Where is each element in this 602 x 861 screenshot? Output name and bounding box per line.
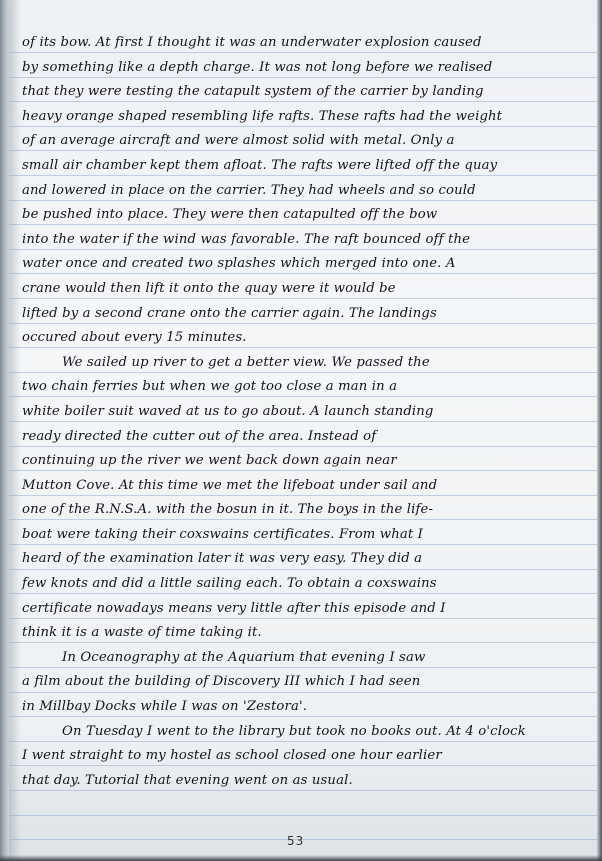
text-line: I went straight to my hostel as school c… [22,744,592,769]
text-line: On Tuesday I went to the library but too… [22,720,592,745]
text-line: We sailed up river to get a better view.… [22,351,592,376]
text-line: boat were taking their coxswains certifi… [22,523,592,548]
text-line: and lowered in place on the carrier. The… [22,179,592,204]
text-line: two chain ferries but when we got too cl… [22,375,592,400]
text-line: ready directed the cutter out of the are… [22,425,592,450]
notebook-binding [0,0,9,861]
text-line: of its bow. At first I thought it was an… [22,31,592,56]
binding-shadow [9,0,21,861]
text-line: think it is a waste of time taking it. [22,621,592,646]
text-line: a film about the building of Discovery I… [22,670,592,695]
page-right-edge [597,0,602,861]
ruled-line [9,815,597,816]
text-line: occured about every 15 minutes. [22,326,592,351]
text-line: Mutton Cove. At this time we met the lif… [22,474,592,499]
text-line: small air chamber kept them afloat. The … [22,154,592,179]
text-line: heavy orange shaped resembling life raft… [22,105,592,130]
text-line: few knots and did a little sailing each.… [22,572,592,597]
text-line: In Oceanography at the Aquarium that eve… [22,646,592,671]
text-line: of an average aircraft and were almost s… [22,129,592,154]
text-line: one of the R.N.S.A. with the bosun in it… [22,498,592,523]
text-line: in Millbay Docks while I was on 'Zestora… [22,695,592,720]
handwritten-text: of its bow. At first I thought it was an… [22,31,592,793]
text-line: continuing up the river we went back dow… [22,449,592,474]
text-line: that day. Tutorial that evening went on … [22,769,592,794]
text-line: lifted by a second crane onto the carrie… [22,302,592,327]
text-line: white boiler suit waved at us to go abou… [22,400,592,425]
text-line: be pushed into place. They were then cat… [22,203,592,228]
text-line: by something like a depth charge. It was… [22,56,592,81]
notebook-page: of its bow. At first I thought it was an… [0,0,602,861]
text-line: into the water if the wind was favorable… [22,228,592,253]
page-number: 53 [287,834,304,848]
text-line: crane would then lift it onto the quay w… [22,277,592,302]
text-line: water once and created two splashes whic… [22,252,592,277]
page-bottom-edge [0,855,602,861]
text-line: that they were testing the catapult syst… [22,80,592,105]
text-line: certificate nowadays means very little a… [22,597,592,622]
text-line: heard of the examination later it was ve… [22,547,592,572]
